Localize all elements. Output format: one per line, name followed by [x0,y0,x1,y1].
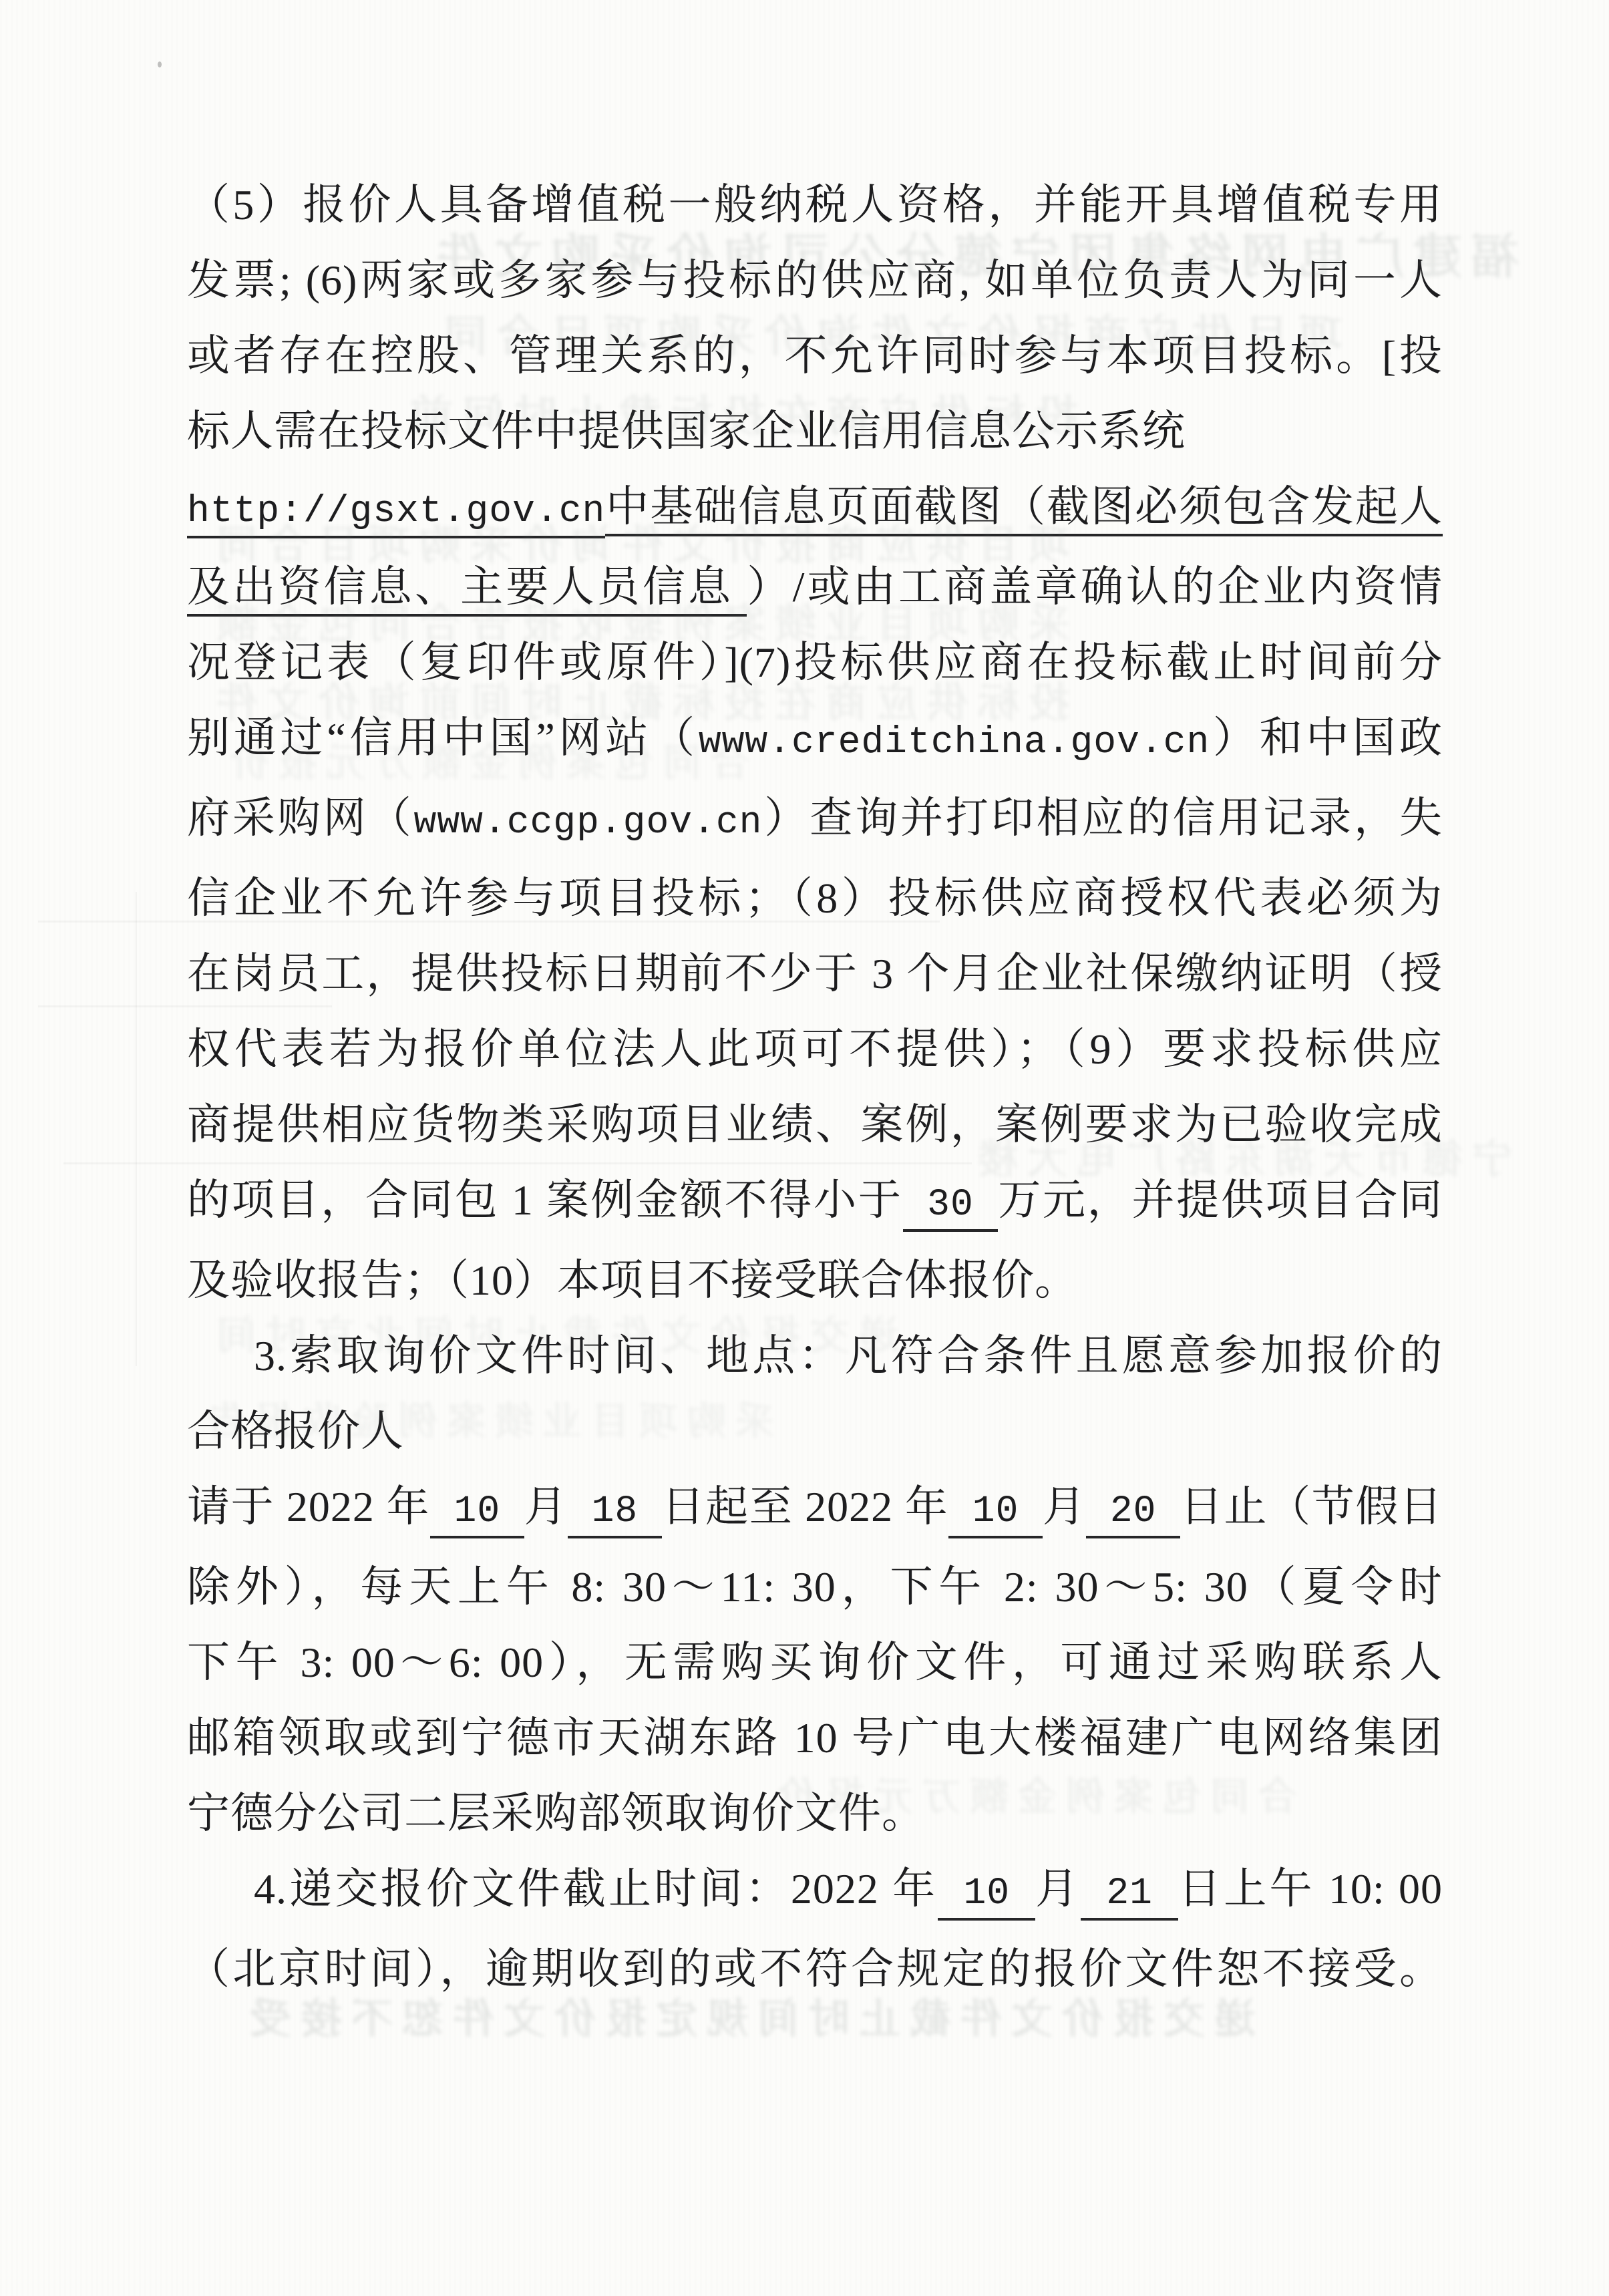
document-line: 发票; (6)两家或多家参与投标的供应商, 如单位负责人为同一人 [187,242,1443,318]
text-segment: （5）报价人具备增值税一般纳税人资格，并能开具增值税专用 [187,181,1443,228]
document-line: 合格报价人 [187,1393,1443,1469]
document-line: 请于 2022 年 10 月 18 日起至 2022 年 10 月 20 日止（… [187,1469,1443,1549]
text-segment: 发票; (6)两家或多家参与投标的供应商, 如单位负责人为同一人 [187,257,1443,304]
text-segment: 合格报价人 [187,1408,404,1455]
document-line: 在岗员工，提供投标日期前不少于 3 个月企业社保缴纳证明（授 [187,936,1443,1011]
document-line: 邮箱领取或到宁德市天湖东路 10 号广电大楼福建广电网络集团 [187,1700,1443,1776]
underlined-text: http://gsxt.gov.cn [187,490,605,538]
text-segment: 府采购网（ [187,794,414,842]
document-line: 3.索取询价文件时间、地点：凡符合条件且愿意参加报价的 [187,1318,1443,1393]
text-segment: ）/或由工商盖章确认的企业内资情 [747,563,1443,611]
text-segment: 况登记表（复印件或原件）](7)投标供应商在投标截止时间前分 [187,639,1443,686]
document-line: 及出资信息、主要人员信息 ）/或由工商盖章确认的企业内资情 [187,549,1443,625]
document-line: 府采购网（www.ccgp.gov.cn）查询并打印相应的信用记录，失 [187,780,1443,860]
text-segment: 邮箱领取或到宁德市天湖东路 10 号广电大楼福建广电网络集团 [187,1714,1443,1762]
text-segment: 权代表若为报价单位法人此项可不提供）；（9）要求投标供应 [187,1025,1443,1073]
document-line: 宁德分公司二层采购部领取询价文件。 [187,1776,1443,1851]
underlined-text: 18 [568,1490,661,1538]
document-line: 商提供相应货物类采购项目业绩、案例，案例要求为已验收完成 [187,1087,1443,1162]
text-segment: 及验收报告；（10）本项目不接受联合体报价。 [187,1257,1078,1304]
document-line: 除外），每天上午 8: 30～11: 30，下午 2: 30～5: 30（夏令时 [187,1549,1443,1625]
document-line: （北京时间），逾期收到的或不符合规定的报价文件恕不接受。 [187,1931,1443,2007]
text-segment: 宁德分公司二层采购部领取询价文件。 [187,1790,925,1837]
text-segment: 信企业不允许参与项目投标；（8）投标供应商授权代表必须为 [187,874,1443,922]
text-segment: 日上午 10: 00 [1178,1865,1443,1913]
document-line: http://gsxt.gov.cn中基础信息页面截图（截图必须包含发起人 [187,469,1443,549]
text-segment: 在岗员工，提供投标日期前不少于 3 个月企业社保缴纳证明（授 [187,950,1443,997]
text-segment: 日起至 2022 年 [662,1483,949,1530]
document-body: （5）报价人具备增值税一般纳税人资格，并能开具增值税专用发票; (6)两家或多家… [187,167,1443,2007]
text-segment: 日止（节假日 [1180,1483,1443,1530]
underlined-text: 10 [938,1872,1035,1921]
underlined-text: 10 [430,1490,524,1538]
document-line: 标人需在投标文件中提供国家企业信用信息公示系统 [187,393,1443,469]
document-line: 4.递交报价文件截止时间：2022 年 10 月 21 日上午 10: 00 [187,1851,1443,1931]
text-segment: www.ccgp.gov.cn [414,801,763,844]
text-segment: 下午 3: 00～6: 00），无需购买询价文件，可通过采购联系人 [187,1639,1443,1686]
underlined-text: 20 [1086,1490,1180,1538]
underlined-text: 10 [948,1490,1042,1538]
text-segment: 或者存在控股、管理关系的，不允许同时参与本项目投标。[投 [187,332,1443,379]
underlined-text: 中基础信息页面截图（截图必须包含发起人 [605,483,1443,536]
text-segment: 月 [1043,1483,1087,1530]
document-line: 下午 3: 00～6: 00），无需购买询价文件，可通过采购联系人 [187,1625,1443,1700]
document-line: 信企业不允许参与项目投标；（8）投标供应商授权代表必须为 [187,860,1443,936]
text-segment: 月 [1035,1865,1081,1913]
text-segment: ）和中国政 [1210,714,1443,762]
text-segment: 别通过“信用中国”网站（ [187,714,699,762]
text-segment: （北京时间），逾期收到的或不符合规定的报价文件恕不接受。 [187,1945,1443,1993]
document-line: 的项目，合同包 1 案例金额不得小于 30 万元，并提供项目合同 [187,1162,1443,1243]
text-segment: 除外），每天上午 8: 30～11: 30，下午 2: 30～5: 30（夏令时 [187,1563,1443,1611]
underlined-text: 21 [1081,1872,1178,1921]
text-segment: 万元，并提供项目合同 [998,1176,1443,1224]
document-line: 及验收报告；（10）本项目不接受联合体报价。 [187,1243,1443,1318]
text-segment: www.creditchina.gov.cn [699,721,1210,764]
document-line: 或者存在控股、管理关系的，不允许同时参与本项目投标。[投 [187,318,1443,393]
scanned-page: （5）报价人具备增值税一般纳税人资格，并能开具增值税专用发票; (6)两家或多家… [0,0,1609,2296]
text-segment: 3.索取询价文件时间、地点：凡符合条件且愿意参加报价的 [254,1332,1443,1379]
text-segment: ）查询并打印相应的信用记录，失 [762,794,1443,842]
text-segment: 商提供相应货物类采购项目业绩、案例，案例要求为已验收完成 [187,1101,1443,1148]
text-segment: 请于 2022 年 [187,1483,430,1530]
text-segment: 4.递交报价文件截止时间：2022 年 [254,1865,938,1913]
scan-speck [158,61,162,67]
document-line: 权代表若为报价单位法人此项可不提供）；（9）要求投标供应 [187,1011,1443,1087]
underlined-text: 30 [903,1183,999,1232]
document-line: 况登记表（复印件或原件）](7)投标供应商在投标截止时间前分 [187,625,1443,700]
underlined-text: 及出资信息、主要人员信息 [187,563,747,617]
text-segment: 月 [524,1483,568,1530]
document-line: 别通过“信用中国”网站（www.creditchina.gov.cn）和中国政 [187,700,1443,780]
document-line: （5）报价人具备增值税一般纳税人资格，并能开具增值税专用 [187,167,1443,242]
text-segment: 标人需在投标文件中提供国家企业信用信息公示系统 [187,407,1186,455]
text-segment: 的项目，合同包 1 案例金额不得小于 [187,1176,903,1224]
scan-artifact-line [136,892,137,1366]
